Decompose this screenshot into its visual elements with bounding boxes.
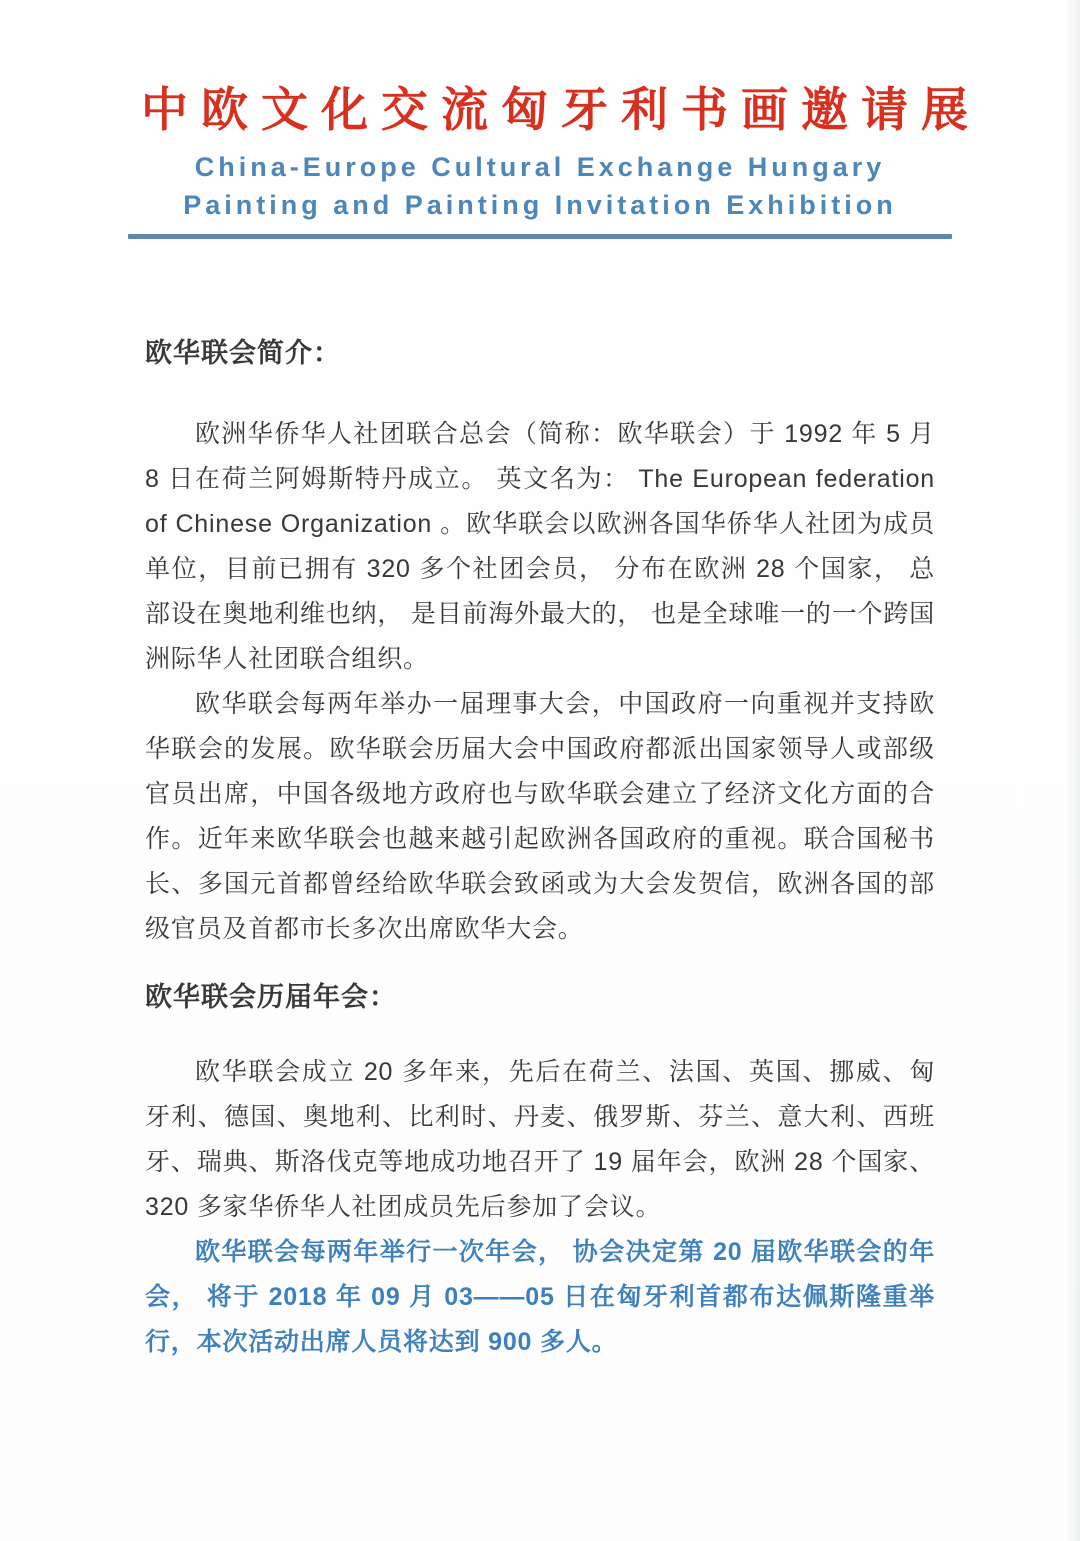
subtitle-line-2: Painting and Painting Invitation Exhibit… [128, 186, 952, 224]
intro-paragraph-1: 欧洲华侨华人社团联合总会（简称：欧华联会）于 1992 年 5 月 8 日在荷兰… [145, 412, 935, 682]
header-divider [128, 234, 952, 239]
subtitle-line-1: China-Europe Cultural Exchange Hungary [128, 148, 952, 186]
section-heading-intro: 欧华联会简介： [145, 336, 935, 370]
document-page: 中欧文化交流匈牙利书画邀请展 China-Europe Cultural Exc… [0, 0, 1080, 1541]
page-subtitle: China-Europe Cultural Exchange Hungary P… [128, 148, 952, 224]
intro-paragraph-2: 欧华联会每两年举办一届理事大会，中国政府一向重视并支持欧华联会的发展。欧华联会历… [145, 682, 935, 952]
page-title: 中欧文化交流匈牙利书画邀请展 [128, 80, 952, 140]
annual-meetings-paragraph: 欧华联会成立 20 多年来，先后在荷兰、法国、英国、挪威、匈牙利、德国、奥地利、… [145, 1050, 935, 1230]
section-heading-annual-meetings: 欧华联会历届年会： [145, 980, 935, 1014]
highlight-announcement-paragraph: 欧华联会每两年举行一次年会， 协会决定第 20 届欧华联会的年会， 将于 201… [145, 1230, 935, 1365]
document-header: 中欧文化交流匈牙利书画邀请展 China-Europe Cultural Exc… [0, 0, 1080, 239]
document-body: 欧华联会简介： 欧洲华侨华人社团联合总会（简称：欧华联会）于 1992 年 5 … [0, 336, 1080, 1365]
